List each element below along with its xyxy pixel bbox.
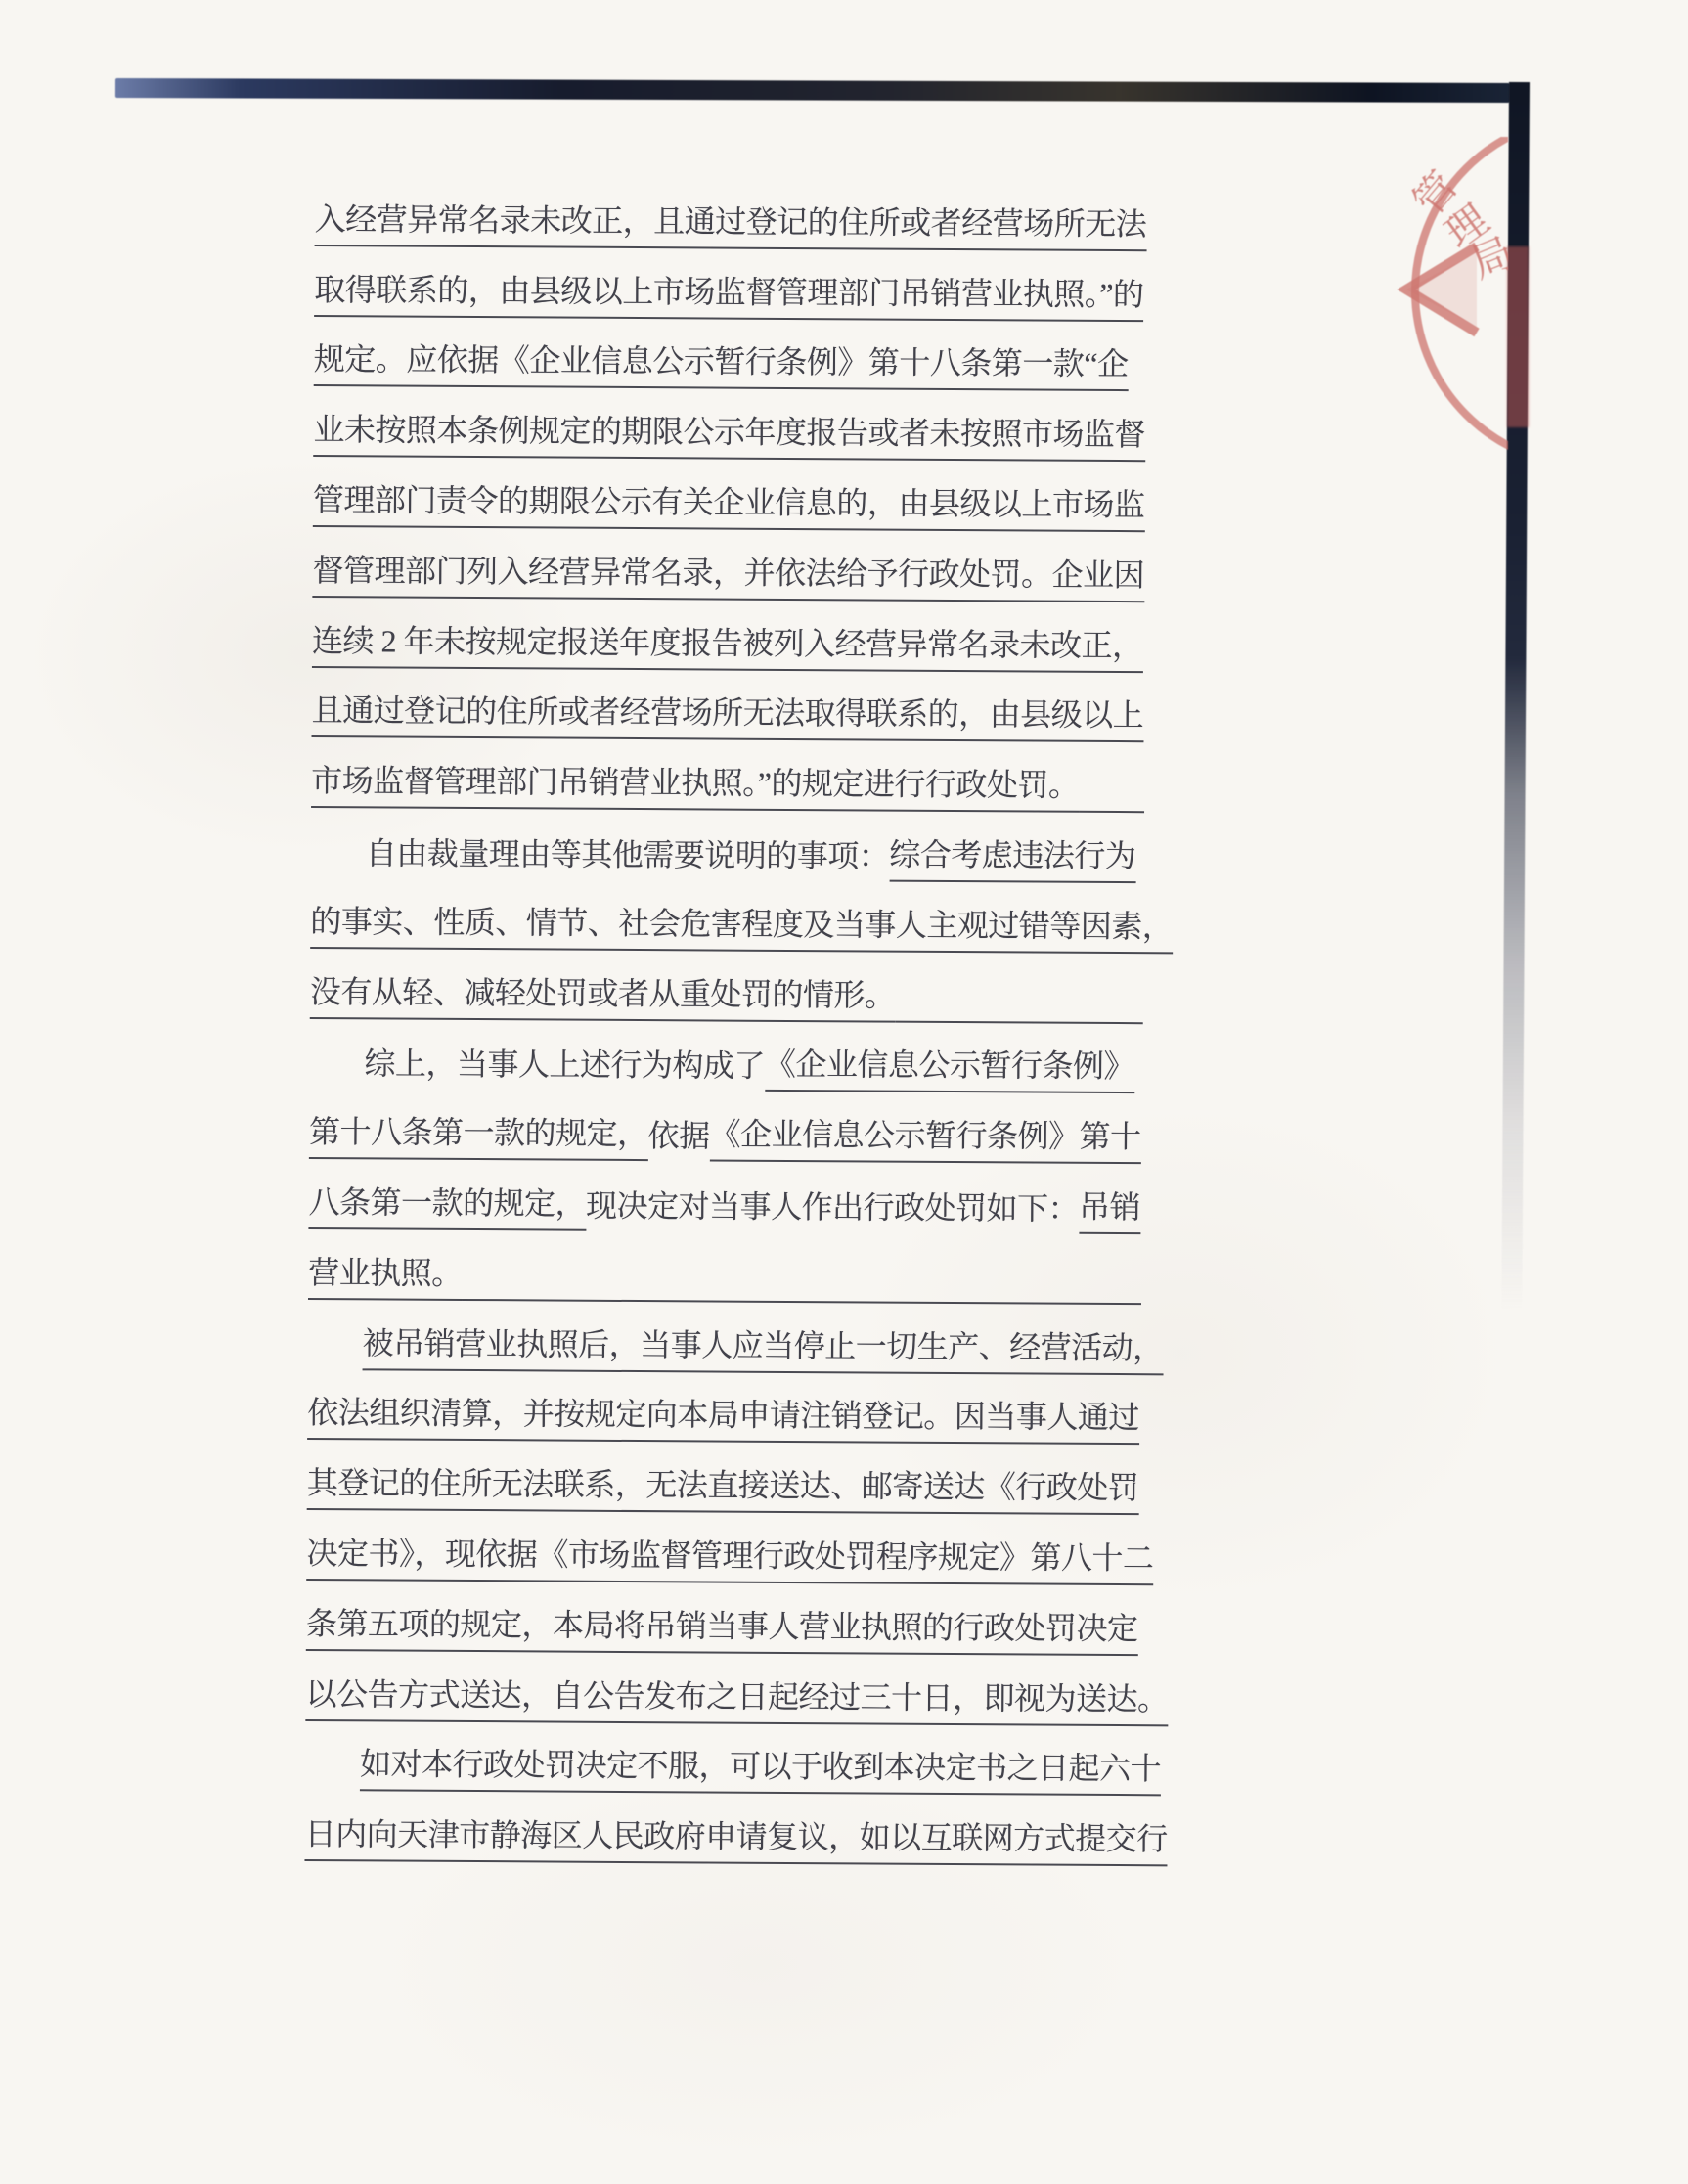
underlined-text-segment: 综合考虑违法行为	[889, 836, 1135, 884]
text-line-23: 如对本行政处罚决定不服，可以于收到本决定书之日起六十	[305, 1721, 1138, 1797]
official-red-seal: 管 理 局	[1367, 137, 1508, 450]
text-segment: 现决定对当事人作出行政处罚如下：	[586, 1187, 1079, 1234]
text-line-5: 管理部门责令的期限公示有关企业信息的，由县级以上市场监	[313, 457, 1146, 532]
text-line-22: 以公告方式送达，自公告发布之日起经过三十日，即视为送达。	[305, 1651, 1138, 1726]
text-line-19: 其登记的住所无法联系，无法直接送达、邮寄送达《行政处罚	[307, 1440, 1140, 1515]
text-line-4: 业未按照本条例规定的期限公示年度报告或者未按照市场监督	[313, 386, 1146, 462]
underlined-text-segment: 入经营异常名录未改正，且通过登记的住所或者经营场所无法	[315, 201, 1147, 251]
trailing-underline	[1079, 811, 1144, 813]
underlined-text-segment: 连续 2 年未按规定报送年度报告被列入经营异常名录未改正，	[312, 622, 1143, 673]
underlined-text-segment: 吊销	[1079, 1188, 1140, 1234]
text-line-13: 综上，当事人上述行为构成了《企业信息公示暂行条例》	[309, 1019, 1142, 1094]
underlined-text-segment: 督管理部门列入经营异常名录，并依法给予行政处罚。企业因	[312, 552, 1144, 602]
text-line-6: 督管理部门列入经营异常名录，并依法给予行政处罚。企业因	[312, 527, 1145, 602]
text-line-15: 八条第一款的规定，现决定对当事人作出行政处罚如下：吊销	[308, 1159, 1141, 1234]
seal-ink-on-edge	[1507, 246, 1529, 427]
text-line-11: 的事实、性质、情节、社会危害程度及当事人主观过错等因素，	[310, 878, 1143, 954]
underlined-text-segment: 没有从轻、减轻处罚或者从重处罚的情形。	[310, 973, 896, 1023]
underlined-text-segment: 《企业信息公示暂行条例》第十	[709, 1116, 1140, 1165]
text-line-8: 且通过登记的住所或者经营场所无法取得联系的，由县级以上	[311, 668, 1144, 743]
underlined-text-segment: 规定。应依据《企业信息公示暂行条例》第十八条第一款“企	[314, 340, 1129, 391]
text-segment: 综上，当事人上述行为构成了	[364, 1046, 765, 1092]
text-line-16: 营业执照。	[308, 1229, 1141, 1305]
underlined-text-segment: 《企业信息公示暂行条例》	[765, 1046, 1134, 1093]
underlined-text-segment: 以公告方式送达，自公告发布之日起经过三十日，即视为送达。	[305, 1675, 1168, 1726]
scanned-document-page: 管 理 局 入经营异常名录未改正，且通过登记的住所或者经营场所无法取得联系的，由…	[0, 0, 1688, 2184]
underlined-text-segment: 取得联系的，由县级以上市场监督管理部门吊销营业执照。”的	[314, 271, 1143, 322]
underlined-text-segment: 日内向天津市静海区人民政府申请复议，如以互联网方式提交行	[304, 1815, 1167, 1866]
underlined-text-segment: 其登记的住所无法联系，无法直接送达、邮寄送达《行政处罚	[307, 1464, 1139, 1515]
text-line-9: 市场监督管理部门吊销营业执照。”的规定进行行政处罚。	[311, 737, 1144, 813]
text-segment: 自由裁量理由等其他需要说明的事项：	[366, 834, 890, 881]
document-text: 入经营异常名录未改正，且通过登记的住所或者经营场所无法取得联系的，由县级以上市场…	[304, 176, 1148, 1866]
text-segment: 依据	[647, 1117, 709, 1161]
text-line-2: 取得联系的，由县级以上市场监督管理部门吊销营业执照。”的	[314, 246, 1147, 322]
underlined-text-segment: 依法组织清算，并按规定向本局申请注销登记。因当事人通过	[307, 1394, 1139, 1445]
text-line-7: 连续 2 年未按规定报送年度报告被列入经营异常名录未改正，	[312, 598, 1145, 673]
underlined-text-segment: 如对本行政处罚决定不服，可以于收到本决定书之日起六十	[360, 1746, 1161, 1797]
underlined-text-segment: 管理部门责令的期限公示有关企业信息的，由县级以上市场监	[313, 481, 1145, 532]
underlined-text-segment: 八条第一款的规定，	[308, 1183, 586, 1231]
scan-edge-top	[115, 78, 1510, 103]
text-line-24: 日内向天津市静海区人民政府申请复议，如以互联网方式提交行	[304, 1791, 1137, 1866]
text-line-20: 决定书》，现依据《市场监督管理行政处罚程序规定》第八十二	[306, 1510, 1139, 1585]
underlined-text-segment: 条第五项的规定，本局将吊销当事人营业执照的行政处罚决定	[306, 1605, 1138, 1656]
underlined-text-segment: 被吊销营业执照后，当事人应当停止一切生产、经营活动，	[363, 1324, 1164, 1375]
text-line-12: 没有从轻、减轻处罚或者从重处罚的情形。	[310, 949, 1143, 1024]
text-line-21: 条第五项的规定，本局将吊销当事人营业执照的行政处罚决定	[306, 1581, 1139, 1656]
text-line-14: 第十八条第一款的规定，依据《企业信息公示暂行条例》第十	[309, 1089, 1142, 1164]
text-line-10: 自由裁量理由等其他需要说明的事项：综合考虑违法行为	[311, 808, 1144, 883]
underlined-text-segment: 业未按照本条例规定的期限公示年度报告或者未按照市场监督	[313, 411, 1145, 462]
underlined-text-segment: 决定书》，现依据《市场监督管理行政处罚程序规定》第八十二	[306, 1535, 1153, 1585]
underlined-text-segment: 第十八条第一款的规定，	[309, 1113, 648, 1161]
text-line-17: 被吊销营业执照后，当事人应当停止一切生产、经营活动，	[308, 1300, 1141, 1375]
underlined-text-segment: 市场监督管理部门吊销营业执照。”的规定进行行政处罚。	[311, 762, 1079, 813]
underlined-text-segment: 营业执照。	[308, 1254, 463, 1301]
text-line-3: 规定。应依据《企业信息公示暂行条例》第十八条第一款“企	[314, 317, 1147, 392]
text-line-18: 依法组织清算，并按规定向本局申请注销登记。因当事人通过	[307, 1370, 1140, 1446]
text-line-1: 入经营异常名录未改正，且通过登记的住所或者经营场所无法	[315, 176, 1148, 251]
underlined-text-segment: 且通过登记的住所或者经营场所无法取得联系的，由县级以上	[311, 691, 1143, 742]
underlined-text-segment: 的事实、性质、情节、社会危害程度及当事人主观过错等因素，	[310, 903, 1173, 954]
